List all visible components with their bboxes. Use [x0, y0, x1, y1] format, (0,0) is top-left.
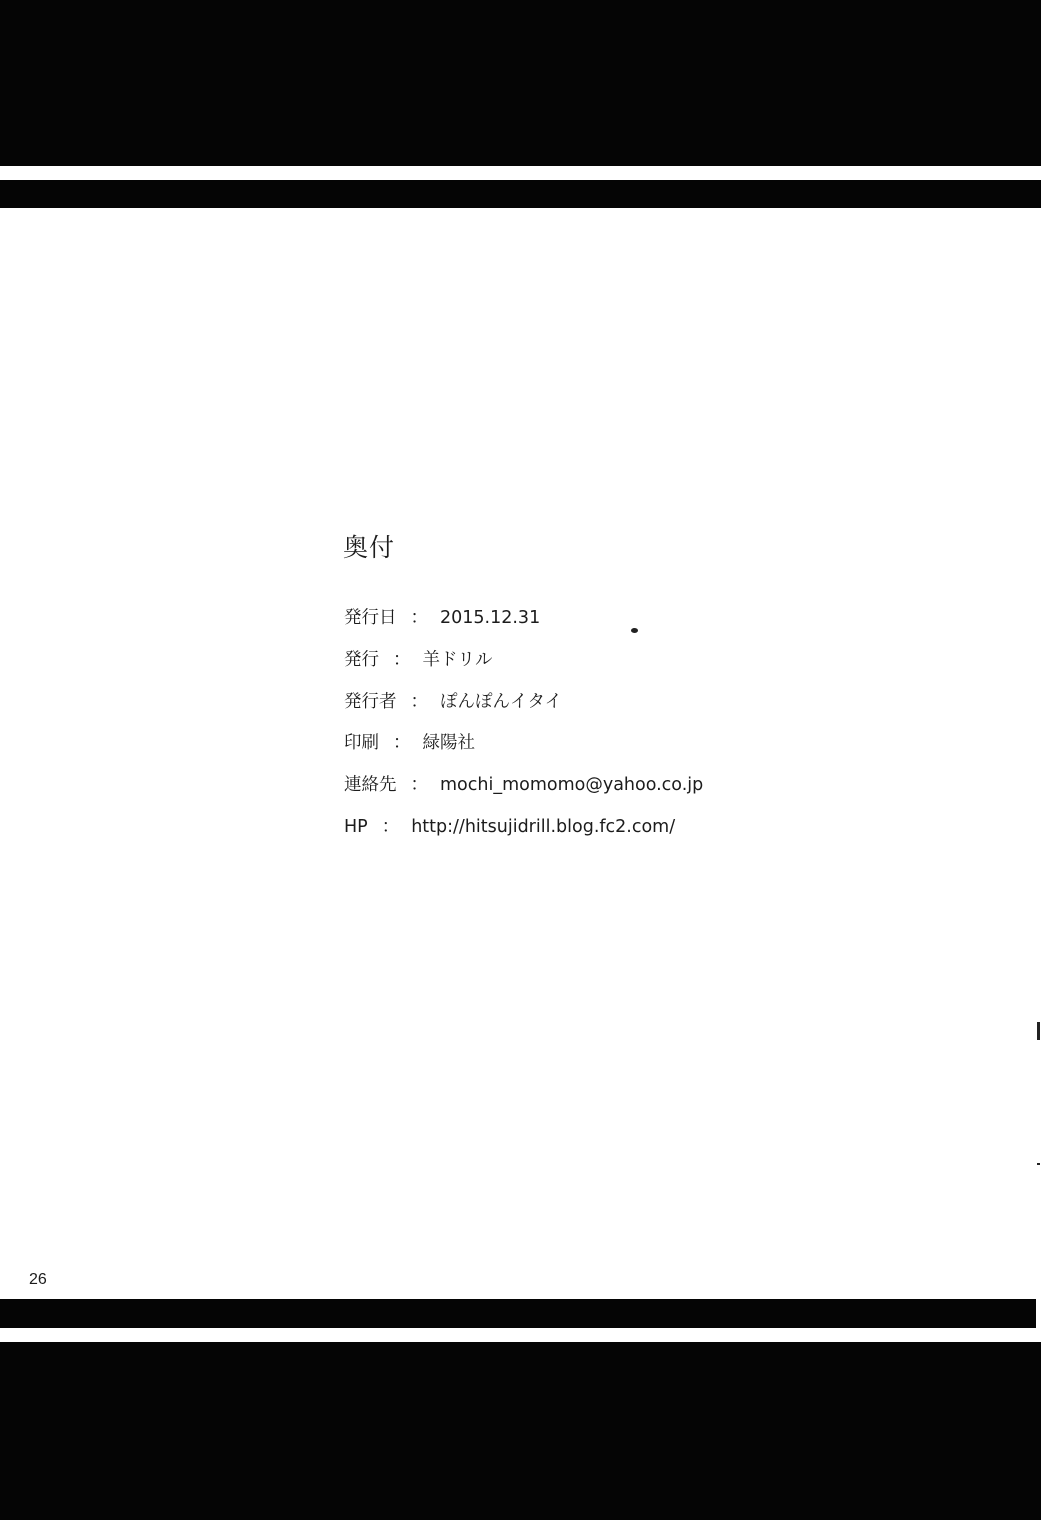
- row-label: 印刷: [344, 729, 379, 754]
- colophon-row-homepage: HP ： http://hitsujidrill.blog.fc2.com/: [344, 813, 675, 838]
- row-value: 羊ドリル: [423, 646, 493, 671]
- row-separator: ：: [393, 646, 411, 671]
- row-separator: ：: [411, 604, 429, 629]
- row-separator: ：: [411, 771, 429, 796]
- bottom-black-stripe: [0, 1299, 1036, 1328]
- colophon-row-contact: 連絡先 ： mochi_momomo@yahoo.co.jp: [344, 771, 703, 796]
- bottom-black-band: [0, 1342, 1041, 1520]
- homepage-url: http://hitsujidrill.blog.fc2.com/: [411, 817, 675, 837]
- contact-email: mochi_momomo@yahoo.co.jp: [440, 775, 703, 795]
- colophon-row-printer: 印刷 ： 緑陽社: [344, 729, 475, 754]
- colophon-title: 奥付: [343, 528, 395, 564]
- colophon-row-issuer: 発行者 ： ぽんぽんイタイ: [344, 688, 562, 713]
- row-label: HP: [344, 817, 368, 837]
- scan-speck: [631, 628, 638, 633]
- scan-edge-mark: [1037, 1163, 1040, 1165]
- page-number: 26: [29, 1271, 47, 1289]
- row-value: 2015.12.31: [440, 608, 540, 628]
- row-separator: ：: [411, 688, 429, 713]
- row-label: 連絡先: [344, 771, 397, 796]
- top-black-band: [0, 0, 1041, 166]
- row-label: 発行日: [344, 604, 397, 629]
- row-separator: ：: [393, 729, 411, 754]
- row-value: ぽんぽんイタイ: [440, 688, 562, 713]
- row-label: 発行者: [344, 688, 397, 713]
- colophon-row-publish-date: 発行日 ： 2015.12.31: [344, 604, 540, 629]
- row-label: 発行: [344, 646, 379, 671]
- scan-edge-mark: [1037, 1022, 1040, 1040]
- top-black-stripe: [0, 180, 1041, 208]
- row-separator: ：: [382, 813, 400, 838]
- row-value: 緑陽社: [423, 729, 476, 754]
- colophon-row-publisher: 発行 ： 羊ドリル: [344, 646, 493, 671]
